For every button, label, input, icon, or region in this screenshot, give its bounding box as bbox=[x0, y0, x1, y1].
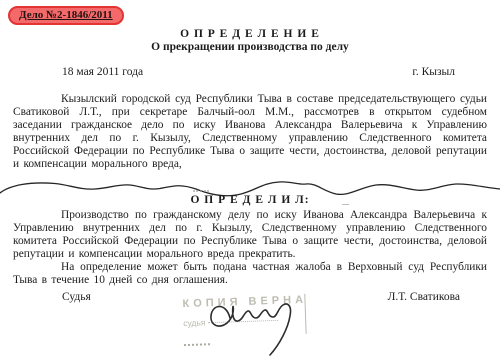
stamp-dash-mark bbox=[184, 343, 210, 346]
judge-label: Судья bbox=[62, 291, 91, 303]
intro-paragraph: Кызылский городской суд Республики Тыва … bbox=[13, 93, 487, 172]
document-city: г. Кызыл bbox=[412, 66, 455, 78]
document-date: 18 мая 2011 года bbox=[62, 66, 143, 78]
case-number-highlight: Дело №2-1846/2011 bbox=[8, 6, 124, 25]
document-subtitle: О прекращении производства по делу bbox=[0, 41, 500, 53]
document-title: О П Р Е Д Е Л Е Н И Е bbox=[0, 28, 500, 40]
stamp-text-judge: судья bbox=[183, 314, 305, 328]
court-ruling-document: Дело №2-1846/2011 О П Р Е Д Е Л Е Н И Е … bbox=[0, 0, 500, 362]
ruling-heading: О П Р Е Д Е Л И Л: bbox=[0, 194, 500, 206]
judge-name: Л.Т. Сватикова bbox=[388, 291, 460, 303]
ruling-paragraph: Производство по гражданскому делу по иск… bbox=[13, 209, 487, 261]
stamp-dotted-line bbox=[208, 320, 278, 323]
case-number-label: Дело №2-1846/2011 bbox=[19, 9, 113, 21]
copy-verified-stamp: КОПИЯ ВЕРНА судья bbox=[182, 294, 306, 338]
stamp-judge-word: судья bbox=[183, 317, 206, 328]
appeal-paragraph: На определение может быть подана частная… bbox=[13, 261, 487, 287]
stamp-text-top: КОПИЯ ВЕРНА bbox=[182, 294, 304, 310]
